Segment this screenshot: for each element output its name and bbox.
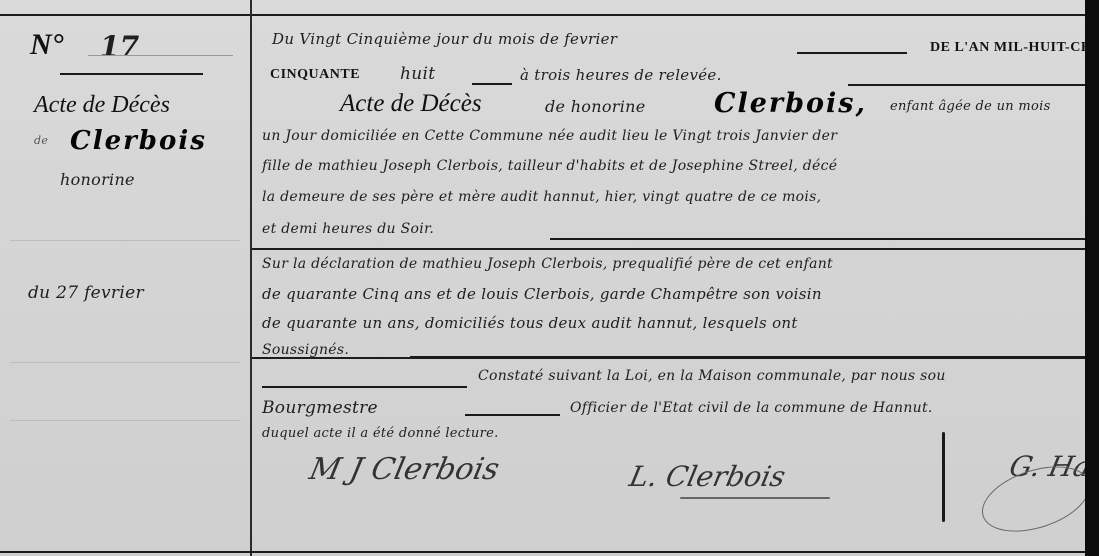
- faint-rule: [10, 362, 240, 363]
- faint-rule: [10, 240, 240, 241]
- fill-line: [410, 356, 1085, 358]
- body-line-5: fille de mathieu Joseph Clerbois, taille…: [262, 158, 837, 174]
- signature-witness: L. Clerbois: [626, 460, 788, 493]
- number-separator: [60, 73, 203, 75]
- brace-mark: [942, 432, 945, 522]
- year-hand: huit: [400, 64, 435, 84]
- number-underline: [88, 55, 233, 56]
- time-hand: à trois heures de relevée.: [520, 66, 722, 84]
- deceased-age: enfant âgée de un mois: [890, 99, 1051, 114]
- fill-line: [465, 414, 560, 416]
- printed-cinquante: CINQUANTE: [270, 67, 360, 83]
- margin-date-note: du 27 fevrier: [28, 283, 144, 303]
- signature-flourish: [680, 497, 830, 499]
- signature-father: M J Clerbois: [306, 452, 502, 487]
- top-rule: [0, 14, 1085, 16]
- body-line-7: et demi heures du Soir.: [262, 221, 434, 237]
- body-line-13: Officier de l'Etat civil de la commune d…: [570, 400, 933, 416]
- body-line-14: duquel acte il a été donné lecture.: [262, 426, 499, 441]
- entry-number-label: N°: [30, 28, 64, 62]
- fill-line: [262, 386, 467, 388]
- printed-year-prefix: DE L'AN MIL-HUIT-CENT: [930, 40, 1099, 56]
- body-line-4: un Jour domiciliée en Cette Commune née …: [262, 128, 837, 144]
- margin-divider: [250, 0, 252, 556]
- body-line-9: de quarante Cinq ans et de louis Clerboi…: [262, 285, 822, 303]
- fill-line: [848, 84, 1085, 86]
- body-line-12: Constaté suivant la Loi, en la Maison co…: [478, 368, 946, 384]
- register-page: N° 17 Acte de Décès de Clerbois honorine…: [0, 0, 1085, 556]
- margin-title: Acte de Décès: [34, 92, 170, 119]
- body-line-10: de quarante un ans, domiciliés tous deux…: [262, 314, 798, 332]
- margin-de: de: [34, 134, 48, 147]
- officer-title-hand: Bourgmestre: [262, 398, 378, 418]
- faint-rule: [10, 420, 240, 421]
- scan-edge: [1085, 0, 1099, 556]
- body-line-1: Du Vingt Cinquième jour du mois de fevri…: [272, 30, 617, 48]
- body-line-6: la demeure de ses père et mère audit han…: [262, 189, 821, 205]
- fill-line: [472, 83, 512, 85]
- bottom-rule: [0, 551, 1085, 553]
- body-line-11: Soussignés.: [262, 342, 349, 358]
- margin-surname: Clerbois: [70, 126, 207, 156]
- fill-line: [550, 238, 1085, 240]
- section-rule-1: [252, 248, 1085, 250]
- entry-number-value: 17: [100, 30, 140, 63]
- body-title: Acte de Décès: [340, 90, 482, 118]
- margin-given-name: honorine: [60, 170, 135, 189]
- body-line-8: Sur la déclaration de mathieu Joseph Cle…: [262, 256, 833, 272]
- deceased-surname: Clerbois,: [714, 88, 867, 119]
- fill-line: [797, 52, 907, 54]
- deceased-given: de honorine: [545, 97, 646, 116]
